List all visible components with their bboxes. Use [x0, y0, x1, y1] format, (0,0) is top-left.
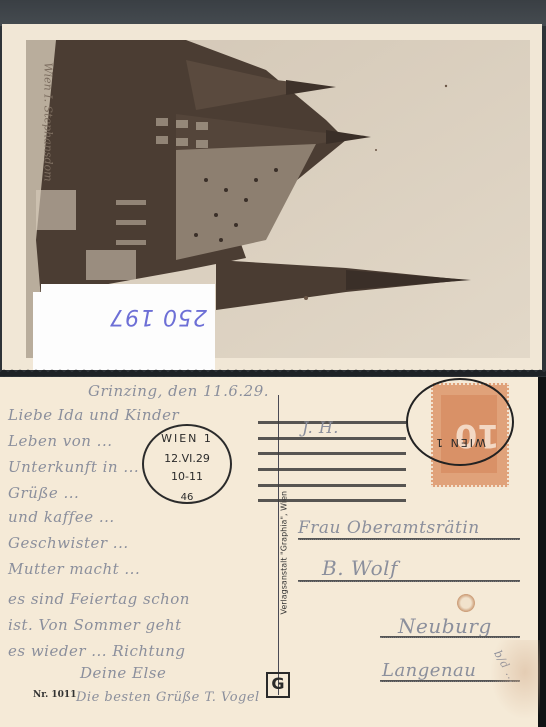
message-line: Liebe Ida und Kinder: [8, 406, 179, 424]
postmark: WIEN 1 12.VI.29 10-11 46: [142, 424, 232, 504]
cancel-line: [258, 484, 406, 487]
message-line: Grüße ...: [8, 484, 79, 502]
postmark-office: 46: [144, 492, 230, 503]
message-line: Grinzing, den 11.6.29.: [88, 382, 269, 400]
card-number: Nr. 1011: [33, 690, 76, 700]
address-line-1: Frau Oberamtsrätin: [298, 518, 480, 538]
initials: J. H.: [302, 418, 339, 437]
perforation-teeth: [0, 369, 546, 377]
stamp-cancel: WIEN 1: [406, 378, 514, 466]
message-signature: Deine Else: [80, 664, 166, 682]
address-line-3: Neuburg: [398, 614, 492, 638]
inventory-label: 250 197: [41, 284, 215, 370]
message-line: es wieder ... Richtung: [8, 642, 185, 660]
postmark-date: 12.VI.29: [144, 452, 230, 465]
address-line-2: B. Wolf: [322, 556, 398, 580]
inventory-number: 250 197: [109, 304, 207, 329]
address-line-4: Langenau: [382, 660, 476, 681]
message-line: es sind Feiertag schon: [8, 590, 190, 608]
postmark-time: 10-11: [144, 470, 230, 483]
postmark-city: WIEN 1: [144, 432, 230, 445]
cancel-line: [258, 499, 406, 502]
scanner-background-top: [0, 0, 546, 26]
sticker-notch: [33, 292, 63, 370]
message-line: Unterkunft in ...: [8, 458, 139, 476]
paper-discoloration: [490, 640, 540, 720]
message-line: ist. Von Sommer geht: [8, 616, 182, 634]
message-line: Leben von ...: [8, 432, 112, 450]
address-rule: [298, 580, 520, 582]
cancel-line: [258, 437, 406, 440]
cancel-line: [258, 468, 406, 471]
stamp-cancel-city: WIEN 1: [408, 436, 512, 449]
message-line: und kaffee ...: [8, 508, 115, 526]
address-rule: [380, 636, 520, 638]
publisher-imprint: Verlagsanstalt "Graphia", Wien: [280, 475, 289, 615]
message-line: Mutter macht ...: [8, 560, 140, 578]
address-rule: [298, 538, 520, 540]
message-greeting: Die besten Grüße T. Vogel: [76, 690, 260, 705]
message-line: Geschwister ...: [8, 534, 129, 552]
paper-stain: [457, 594, 475, 612]
photo-caption: Wien I. Stephansdom: [42, 63, 55, 223]
publisher-logo: G: [266, 672, 290, 698]
cancel-line: [258, 452, 406, 455]
